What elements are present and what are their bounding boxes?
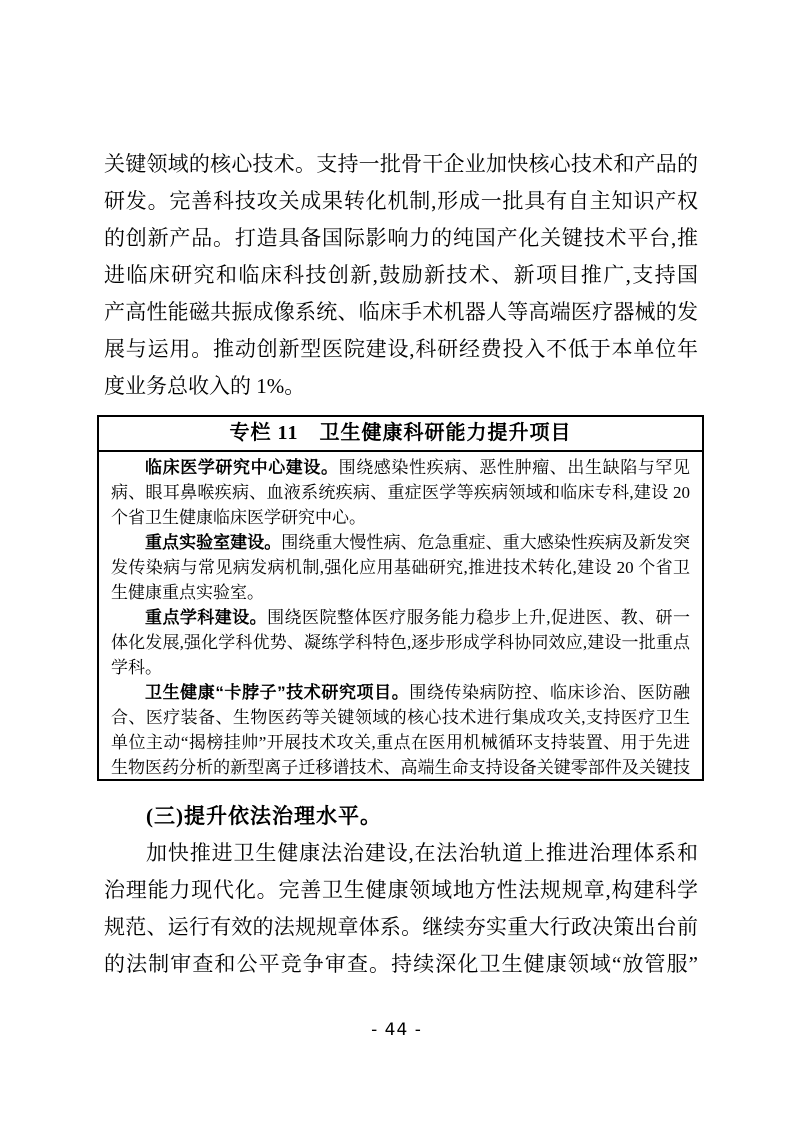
column-box-title: 专栏 11 卫生健康科研能力提升项目: [99, 417, 702, 452]
column-box-body: 临床医学研究中心建设。围绕感染性疾病、恶性肿瘤、出生缺陷与罕见病、眼耳鼻喉疾病、…: [99, 452, 702, 781]
body-text-line: 加快推进卫生健康法治建设,在法治轨道上推进治理体系和: [104, 835, 698, 872]
body-paragraph-top: 关键领域的核心技术。支持一批骨干企业加快核心技术和产品的 研发。完善科技攻关成果…: [104, 146, 698, 405]
document-page: 关键领域的核心技术。支持一批骨干企业加快核心技术和产品的 研发。完善科技攻关成果…: [0, 0, 793, 1122]
column-box-11: 专栏 11 卫生健康科研能力提升项目 临床医学研究中心建设。围绕感染性疾病、恶性…: [97, 415, 704, 781]
section-heading: (三)提升依法治理水平。: [104, 798, 698, 835]
paragraph-lead: 卫生健康“卡脖子”技术研究项目。: [145, 683, 409, 702]
body-text-line: 治理能力现代化。完善卫生健康领域地方性法规规章,构建科学: [104, 872, 698, 909]
body-text-line: 展与运用。推动创新型医院建设,科研经费投入不低于本单位年: [104, 331, 698, 368]
page-number: - 44 -: [0, 1019, 793, 1041]
body-text-line: 产高性能磁共振成像系统、临床手术机器人等高端医疗器械的发: [104, 294, 698, 331]
paragraph-lead: 临床医学研究中心建设。: [145, 458, 339, 477]
column-box-paragraph: 卫生健康“卡脖子”技术研究项目。围绕传染病防控、临床诊治、医防融合、医疗装备、生…: [111, 680, 690, 781]
column-box-paragraph: 临床医学研究中心建设。围绕感染性疾病、恶性肿瘤、出生缺陷与罕见病、眼耳鼻喉疾病、…: [111, 455, 690, 530]
paragraph-lead: 重点实验室建设。: [145, 533, 281, 552]
body-text-line: 度业务总收入的 1%。: [104, 368, 698, 405]
body-text-line: 规范、运行有效的法规规章体系。继续夯实重大行政决策出台前: [104, 909, 698, 946]
paragraph-lead: 重点学科建设。: [145, 608, 267, 627]
body-text-line: 的法制审查和公平竞争审查。持续深化卫生健康领域“放管服”: [104, 946, 698, 983]
body-text-line: 关键领域的核心技术。支持一批骨干企业加快核心技术和产品的: [104, 146, 698, 183]
body-text-line: 研发。完善科技攻关成果转化机制,形成一批具有自主知识产权: [104, 183, 698, 220]
body-text-line: 进临床研究和临床科技创新,鼓励新技术、新项目推广,支持国: [104, 257, 698, 294]
column-box-paragraph: 重点学科建设。围绕医院整体医疗服务能力稳步上升,促进医、教、研一体化发展,强化学…: [111, 605, 690, 680]
section-block: (三)提升依法治理水平。 加快推进卫生健康法治建设,在法治轨道上推进治理体系和 …: [104, 798, 698, 983]
body-text-line: 的创新产品。打造具备国际影响力的纯国产化关键技术平台,推: [104, 220, 698, 257]
column-box-paragraph: 重点实验室建设。围绕重大慢性病、危急重症、重大感染性疾病及新发突发传染病与常见病…: [111, 530, 690, 605]
